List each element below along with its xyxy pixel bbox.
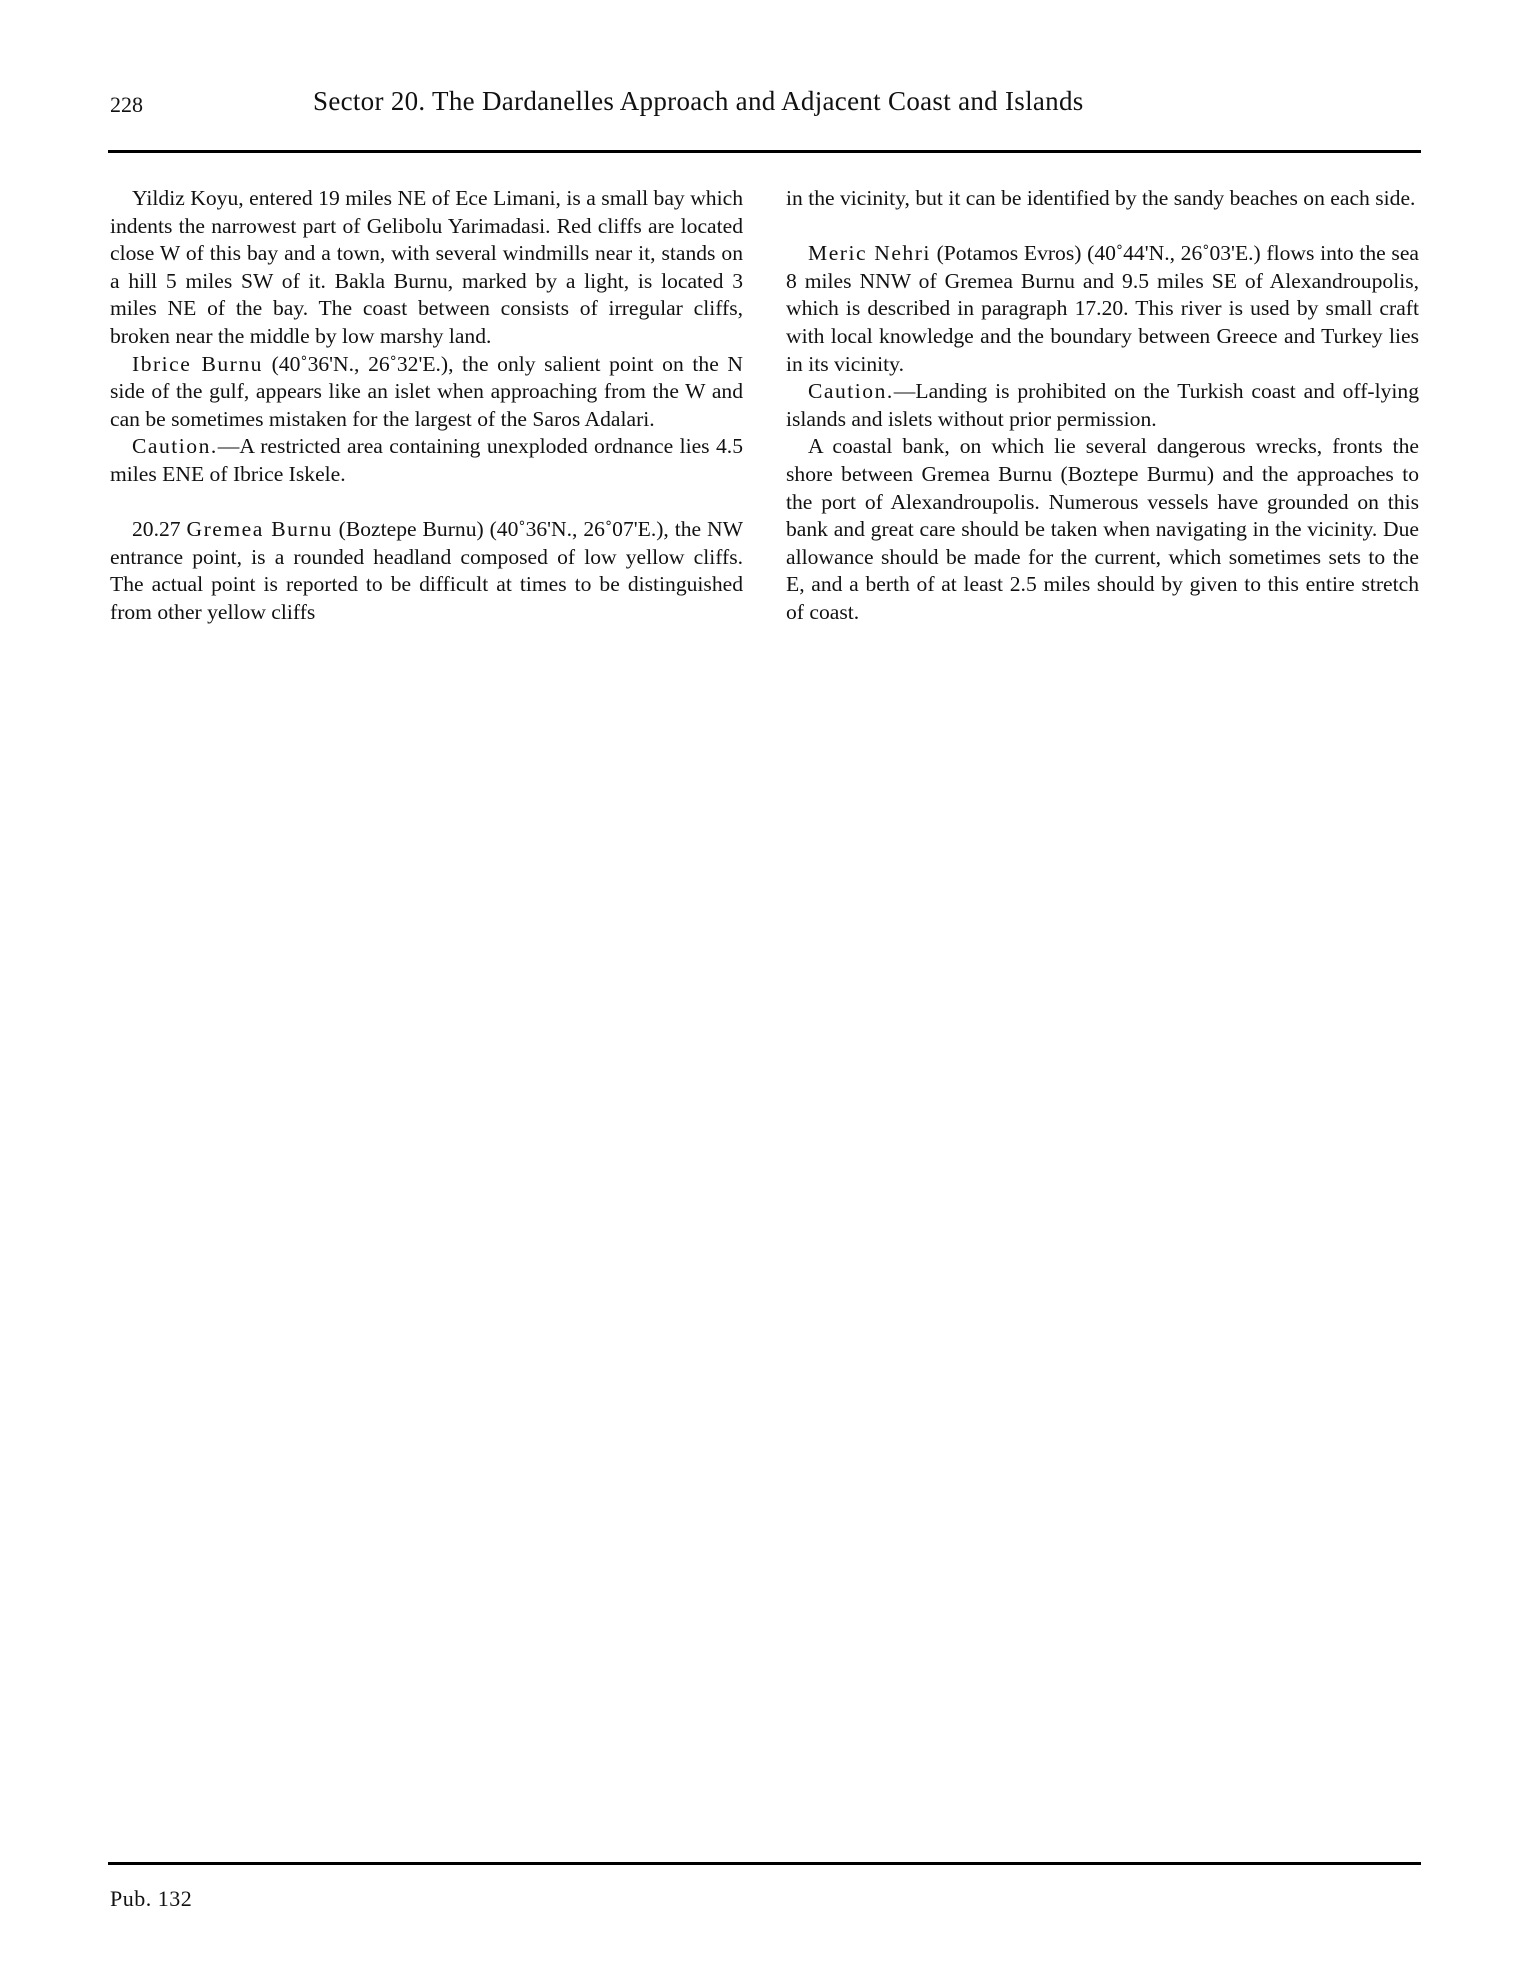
page-title: Sector 20. The Dardanelles Approach and … <box>313 86 1084 117</box>
paragraph-continuation: in the vicinity, but it can be identifie… <box>786 185 1419 213</box>
right-column: in the vicinity, but it can be identifie… <box>786 185 1419 627</box>
caution-label: Caution. <box>132 434 218 458</box>
header-rule <box>108 150 1421 153</box>
paragraph-meric-nehri: Meric Nehri (Potamos Evros) (40˚44'N., 2… <box>786 240 1419 378</box>
paragraph-20-27-gremea-burnu: 20.27 Gremea Burnu (Boztepe Burnu) (40˚3… <box>110 516 743 626</box>
left-column: Yildiz Koyu, entered 19 miles NE of Ece … <box>110 185 743 627</box>
place-name: Gremea Burnu <box>187 517 333 541</box>
paragraph-caution-landing: Caution.—Landing is prohibited on the Tu… <box>786 378 1419 433</box>
publication-label: Pub. 132 <box>110 1886 192 1912</box>
place-name: Meric Nehri <box>808 241 931 265</box>
caution-label: Caution. <box>808 379 894 403</box>
page-number: 228 <box>110 92 143 118</box>
paragraph-caution-ordnance: Caution.—A restricted area containing un… <box>110 433 743 488</box>
section-number: 20.27 <box>132 517 181 541</box>
paragraph-yildiz-koyu: Yildiz Koyu, entered 19 miles NE of Ece … <box>110 185 743 351</box>
paragraph-ibrice-burnu: Ibrice Burnu (40˚36'N., 26˚32'E.), the o… <box>110 351 743 434</box>
footer-rule <box>108 1862 1421 1865</box>
paragraph-coastal-bank: A coastal bank, on which lie several dan… <box>786 433 1419 626</box>
place-name: Ibrice Burnu <box>132 352 263 376</box>
